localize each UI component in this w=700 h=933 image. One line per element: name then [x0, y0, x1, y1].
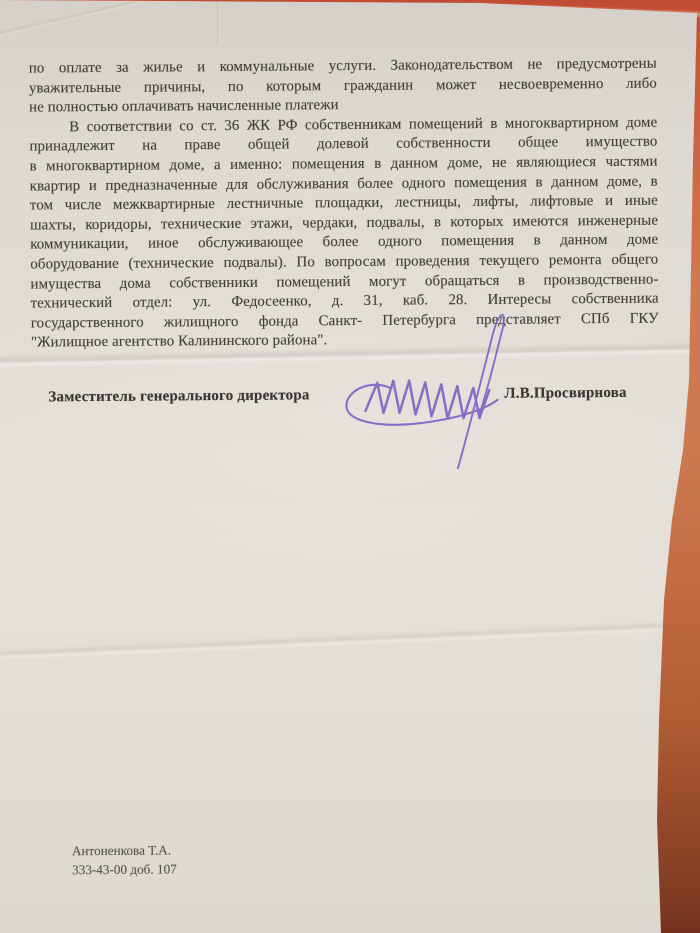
- letter-content: по оплате за жилье и коммунальные услуги…: [0, 0, 700, 933]
- footer-contact-name: Антоненкова Т.А.: [72, 841, 177, 860]
- signature-scribble: [331, 292, 532, 484]
- signature-title: Заместитель генерального директора: [48, 387, 309, 406]
- document-paper: по оплате за жилье и коммунальные услуги…: [0, 0, 700, 933]
- photo-scene: по оплате за жилье и коммунальные услуги…: [0, 0, 700, 933]
- footer-contact-phone: 333-43-00 доб. 107: [72, 860, 177, 879]
- letter-footer: Антоненкова Т.А. 333-43-00 доб. 107: [72, 841, 177, 879]
